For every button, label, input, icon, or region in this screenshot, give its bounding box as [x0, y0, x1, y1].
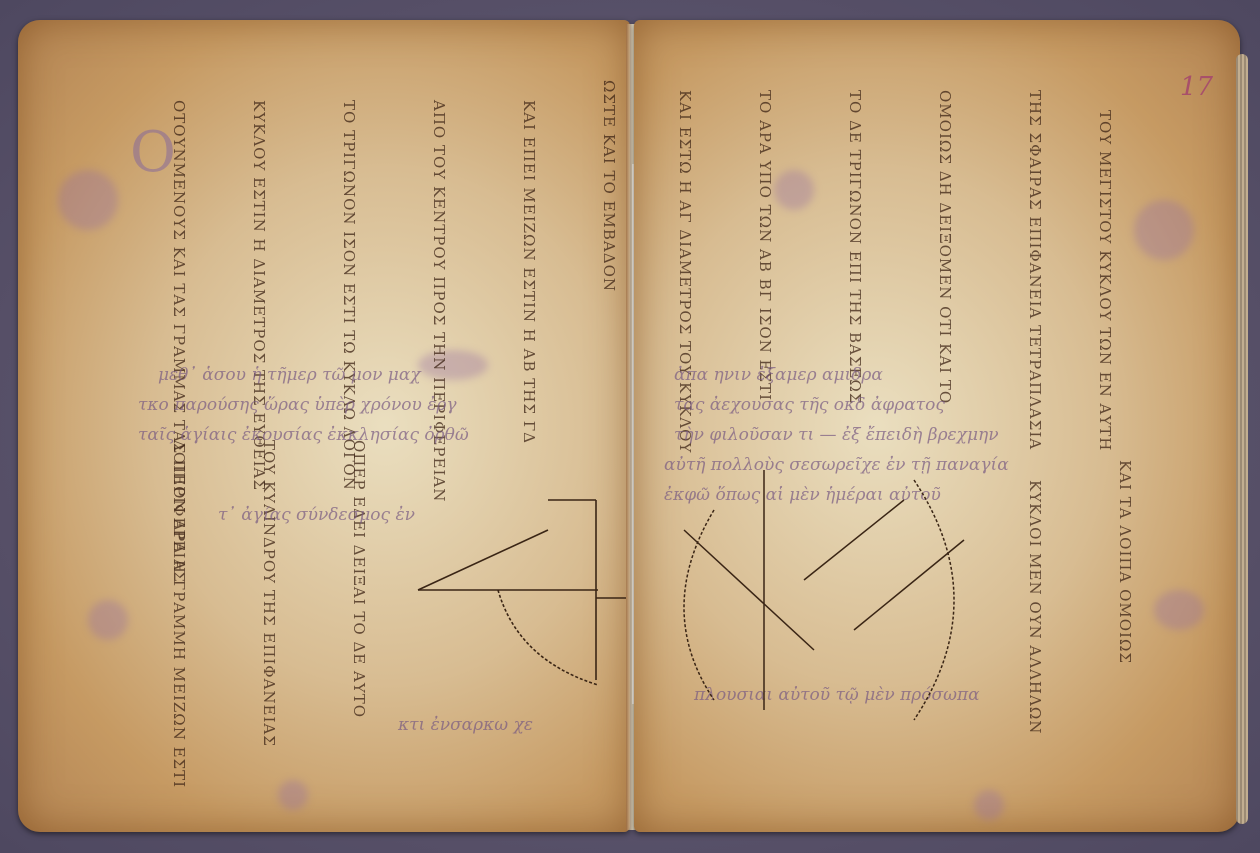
undertext-column: ΛΟΙΠΟΝ ΑΡΑ Η ΓΡΑΜΜΗ ΜΕΙΖΩΝ ΕΣΤΙ [168, 440, 189, 720]
page-edges [1236, 54, 1248, 824]
undertext-column: ΤΟΥ ΚΥΛΙΝΔΡΟΥ ΤΗΣ ΕΠΙΦΑΝΕΙΑΣ [258, 440, 279, 720]
undertext-column: ΟΤΟΥΝΜΕΝΟΥΣ ΚΑΙ ΤΑΣ ΓΡΑΜΜΑΣ ΤΑΣ ΠΕΡΙΦΕΡΕ… [168, 100, 189, 360]
undertext-column: ΚΥΚΛΟΙ ΜΕΝ ΟΥΝ ΑΛΛΗΛΩΝ [1024, 480, 1045, 740]
overtext-line: ταῖς ἁγίαις ἐκουσίας ἐκκλησίας ὀρθῶ [138, 420, 469, 450]
undertext-column: ΤΟΥ ΜΕΓΙΣΤΟΥ ΚΥΚΛΟΥ ΤΩΝ ΕΝ ΑΥΤΗ [1094, 110, 1115, 370]
overtext-line: τὴν φιλοῦσαν τι — ἐξ ἔπειδὴ βρεχμην [674, 420, 999, 450]
undertext-column: ΤΗΣ ΣΦΑΙΡΑΣ ΕΠΙΦΑΝΕΙΑ ΤΕΤΡΑΠΛΑΣΙΑ [1024, 90, 1045, 370]
undertext-column: ΤΟ ΤΡΙΓΩΝΟΝ ΙΣΟΝ ΕΣΤΙ ΤΩ ΚΥΚΛΩ ΛΟΓΟΝ [338, 100, 359, 360]
overtext-line: τας ἀεχουσας τῆς οκδ ἀφρατος [674, 390, 945, 420]
undertext-column: ΚΥΚΛΟΥ ΕΣΤΙΝ Η ΔΙΑΜΕΤΡΟΣ ΤΗΣ ΕΥΘΕΙΑΣ [248, 100, 269, 360]
geometric-diagram [398, 480, 630, 700]
undertext-column: ΩΣΤΕ ΚΑΙ ΤΟ ΕΜΒΑΔΟΝ [598, 80, 619, 340]
overtext-line: ἀπα ηνιν ἐξαμερ αμιδρα [674, 360, 883, 390]
overtext-line: τκο παρούσης ὥρας ὑπὲρ χρόνου ἐργ [138, 390, 457, 420]
undertext-column: ΚΑΙ ΕΠΕΙ ΜΕΙΖΩΝ ΕΣΤΙΝ Η ΑΒ ΤΗΣ ΓΔ [518, 100, 539, 360]
overtext-line: μεθ᾽ ἁσου ἡ τῆμερ τῶ μον μαχ [158, 360, 421, 390]
undertext-column: ΤΟ ΑΡΑ ΥΠΟ ΤΩΝ ΑΒ ΒΓ ΙΣΟΝ ΕΣΤΙ [754, 90, 775, 370]
undertext-column: ΑΠΟ ΤΟΥ ΚΕΝΤΡΟΥ ΠΡΟΣ ΤΗΝ ΠΕΡΙΦΕΡΕΙΑΝ [428, 100, 449, 360]
undertext-column: ΟΠΕΡ ΕΔΕΙ ΔΕΙΞΑΙ ΤΟ ΔΕ ΑΥΤΟ [348, 440, 369, 720]
geometric-diagram [654, 470, 994, 730]
overtext-line: τ᾽ ἀγίας σύνδεσμος ἐν [218, 500, 415, 530]
undertext-column: ΟΜΟΙΩΣ ΔΗ ΔΕΙΞΟΜΕΝ ΟΤΙ ΚΑΙ ΤΟ [934, 90, 955, 370]
undertext-column: ΚΑΙ ΕΣΤΩ Η ΑΓ ΔΙΑΜΕΤΡΟΣ ΤΟΥ ΚΥΚΛΟΥ [674, 90, 695, 370]
undertext-column: ΤΟ ΔΕ ΤΡΙΓΩΝΟΝ ΕΠΙ ΤΗΣ ΒΑΣΕΩΣ [844, 90, 865, 370]
left-page: O ΟΤΟΥΝΜΕΝΟΥΣ ΚΑΙ ΤΑΣ ΓΡΑΜΜΑΣ ΤΑΣ ΠΕΡΙΦΕ… [18, 20, 630, 832]
undertext-column: ΚΑΙ ΤΑ ΛΟΙΠΑ ΟΜΟΙΩΣ [1114, 460, 1135, 680]
manuscript-book: O ΟΤΟΥΝΜΕΝΟΥΣ ΚΑΙ ΤΑΣ ΓΡΑΜΜΑΣ ΤΑΣ ΠΕΡΙΦΕ… [14, 14, 1248, 844]
overtext-line: κτι ἐνσαρκω χε [398, 710, 533, 740]
folio-number: 17 [1180, 72, 1213, 102]
right-page: ΚΑΙ ΕΣΤΩ Η ΑΓ ΔΙΑΜΕΤΡΟΣ ΤΟΥ ΚΥΚΛΟΥ ΤΟ ΑΡ… [634, 20, 1240, 832]
